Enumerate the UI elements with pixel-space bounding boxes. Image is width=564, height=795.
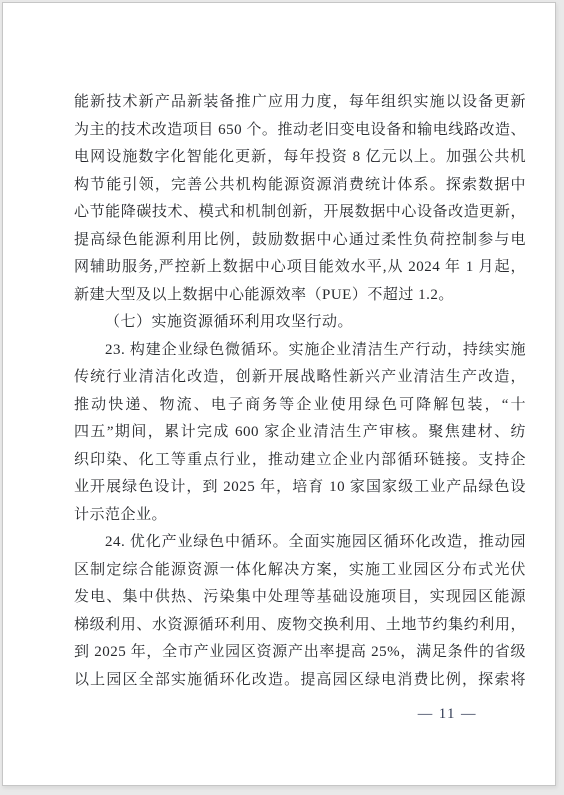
- text-line: 以上园区全部实施循环化改造。提高园区绿电消费比例，探索将: [74, 667, 526, 695]
- text-line: 23. 构建企业绿色微循环。实施企业清洁生产行动，持续实施: [74, 337, 526, 365]
- document-body: 能新技术新产品新装备推广应用力度，每年组织实施以设备更新为主的技术改造项目 65…: [74, 89, 526, 694]
- text-line: 推动快递、物流、电子商务等企业使用绿色可降解包装，“十: [74, 392, 526, 420]
- text-line: 电网设施数字化智能化更新，每年投资 8 亿元以上。加强公共机: [74, 144, 526, 172]
- text-line: 区制定综合能源资源一体化解决方案，实施工业园区分布式光伏: [74, 557, 526, 585]
- text-line: 织印染、化工等重点行业，推动建立企业内部循环链接。支持企: [74, 447, 526, 475]
- text-line: （七）实施资源循环利用攻坚行动。: [74, 309, 526, 337]
- text-line: 业开展绿色设计，到 2025 年，培育 10 家国家级工业产品绿色设: [74, 474, 526, 502]
- document-page: 能新技术新产品新装备推广应用力度，每年组织实施以设备更新为主的技术改造项目 65…: [2, 2, 556, 786]
- text-line: 新建大型及以上数据中心能源效率（PUE）不超过 1.2。: [74, 282, 526, 310]
- text-line: 24. 优化产业绿色中循环。全面实施园区循环化改造，推动园: [74, 529, 526, 557]
- text-line: 能新技术新产品新装备推广应用力度，每年组织实施以设备更新: [74, 89, 526, 117]
- text-line: 计示范企业。: [74, 502, 526, 530]
- text-line: 传统行业清洁化改造，创新开展战略性新兴产业清洁生产改造，: [74, 364, 526, 392]
- text-line: 梯级利用、水资源循环利用、废物交换利用、土地节约集约利用，: [74, 612, 526, 640]
- text-line: 网辅助服务,严控新上数据中心项目能效水平,从 2024 年 1 月起，: [74, 254, 526, 282]
- text-line: 四五”期间，累计完成 600 家企业清洁生产审核。聚焦建材、纺: [74, 419, 526, 447]
- page-number: — 11 —: [418, 706, 477, 722]
- text-line: 提高绿色能源利用比例，鼓励数据中心通过柔性负荷控制参与电: [74, 227, 526, 255]
- text-line: 构节能引领，完善公共机构能源资源消费统计体系。探索数据中: [74, 172, 526, 200]
- scanned-document-viewport: 能新技术新产品新装备推广应用力度，每年组织实施以设备更新为主的技术改造项目 65…: [0, 0, 564, 795]
- text-line: 发电、集中供热、污染集中处理等基础设施项目，实现园区能源: [74, 584, 526, 612]
- text-line: 到 2025 年，全市产业园区资源产出率提高 25%，满足条件的省级: [74, 639, 526, 667]
- text-line: 心节能降碳技术、模式和机制创新，开展数据中心设备改造更新，: [74, 199, 526, 227]
- text-line: 为主的技术改造项目 650 个。推动老旧变电设备和输电线路改造、: [74, 117, 526, 145]
